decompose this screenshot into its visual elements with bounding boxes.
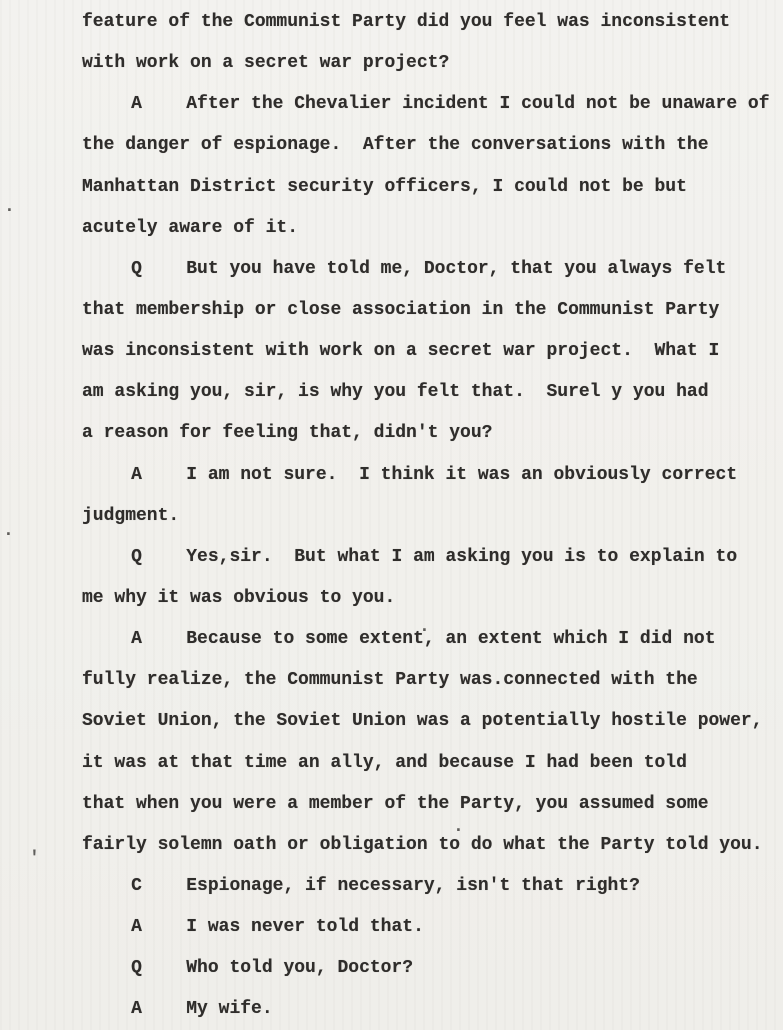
transcript-line: feature of the Communist Party did you f… [0, 2, 783, 43]
speaker-letter: A [131, 917, 142, 937]
line-text: My wife. [186, 999, 272, 1019]
line-text: the danger of espionage. After the conve… [82, 135, 709, 155]
line-text: that when you were a member of the Party… [82, 794, 709, 814]
line-text: fully realize, the Communist Party was.c… [82, 670, 698, 690]
speaker-letter: Q [131, 259, 142, 279]
scan-artifact: . [4, 198, 15, 216]
line-text: But you have told me, Doctor, that you a… [186, 259, 726, 279]
speaker-letter: A [131, 94, 142, 114]
line-text: Yes,sir. But what I am asking you is to … [186, 547, 737, 567]
speaker-letter: A [131, 465, 142, 485]
transcript-line: was inconsistent with work on a secret w… [0, 331, 783, 372]
transcript-line: with work on a secret war project? [0, 43, 783, 84]
line-text: I am not sure. I think it was an obvious… [186, 465, 737, 485]
transcript-line: AI am not sure. I think it was an obviou… [0, 455, 783, 496]
scanned-page: feature of the Communist Party did you f… [0, 0, 783, 1030]
transcript: feature of the Communist Party did you f… [0, 2, 783, 1030]
scan-artifact: . [419, 618, 430, 636]
line-text: judgment. [82, 506, 179, 526]
transcript-line: acutely aware of it. [0, 208, 783, 249]
scan-artifact: ' [29, 850, 40, 868]
transcript-line: Manhattan District security officers, I … [0, 167, 783, 208]
line-text: with work on a secret war project? [82, 53, 449, 73]
transcript-line: a reason for feeling that, didn't you? [0, 413, 783, 454]
transcript-line: ABecause to some extent, an extent which… [0, 619, 783, 660]
transcript-line: QYes,sir. But what I am asking you is to… [0, 537, 783, 578]
line-text: Manhattan District security officers, I … [82, 177, 687, 197]
line-text: it was at that time an ally, and because… [82, 753, 687, 773]
line-text: am asking you, sir, is why you felt that… [82, 382, 709, 402]
speaker-letter: C [131, 876, 142, 896]
transcript-line: that when you were a member of the Party… [0, 784, 783, 825]
transcript-line: AAfter the Chevalier incident I could no… [0, 84, 783, 125]
scan-artifact: . [453, 818, 464, 836]
line-text: acutely aware of it. [82, 218, 298, 238]
transcript-line: AI was never told that. [0, 907, 783, 948]
line-text: that membership or close association in … [82, 300, 719, 320]
line-text: Soviet Union, the Soviet Union was a pot… [82, 711, 763, 731]
transcript-line: me why it was obvious to you. [0, 578, 783, 619]
transcript-line: fairly solemn oath or obligation to do w… [0, 825, 783, 866]
transcript-line: am asking you, sir, is why you felt that… [0, 372, 783, 413]
line-text: After the Chevalier incident I could not… [186, 94, 769, 114]
line-text: Who told you, Doctor? [186, 958, 413, 978]
transcript-line: Soviet Union, the Soviet Union was a pot… [0, 701, 783, 742]
transcript-line: the danger of espionage. After the conve… [0, 125, 783, 166]
transcript-line: CEspionage, if necessary, isn't that rig… [0, 866, 783, 907]
transcript-line: it was at that time an ally, and because… [0, 743, 783, 784]
scan-artifact: . [3, 522, 14, 540]
line-text: feature of the Communist Party did you f… [82, 12, 730, 32]
line-text: a reason for feeling that, didn't you? [82, 423, 492, 443]
transcript-line: that membership or close association in … [0, 290, 783, 331]
line-text: Because to some extent, an extent which … [186, 629, 715, 649]
line-text: fairly solemn oath or obligation to do w… [82, 835, 763, 855]
speaker-letter: Q [131, 958, 142, 978]
speaker-letter: Q [131, 547, 142, 567]
transcript-line: fully realize, the Communist Party was.c… [0, 660, 783, 701]
transcript-line: AMy wife. [0, 989, 783, 1030]
line-text: I was never told that. [186, 917, 424, 937]
transcript-line: QWho told you, Doctor? [0, 948, 783, 989]
transcript-line: judgment. [0, 496, 783, 537]
line-text: Espionage, if necessary, isn't that righ… [186, 876, 640, 896]
speaker-letter: A [131, 629, 142, 649]
speaker-letter: A [131, 999, 142, 1019]
transcript-line: QBut you have told me, Doctor, that you … [0, 249, 783, 290]
line-text: me why it was obvious to you. [82, 588, 395, 608]
line-text: was inconsistent with work on a secret w… [82, 341, 719, 361]
